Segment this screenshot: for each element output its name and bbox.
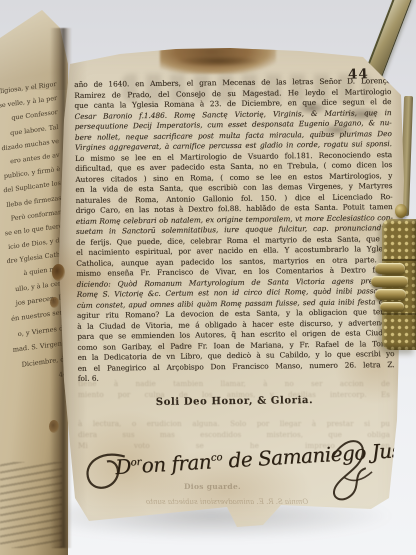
clasp-seam	[382, 313, 416, 315]
book-page: 44 año de 1640. en Ambers, el gran Mecen…	[56, 46, 406, 534]
clasp-seam	[382, 259, 416, 261]
signature-name: on fran	[141, 449, 212, 477]
brass-clasp	[382, 219, 416, 350]
photo-antique-book-page: { "colors":{"paper":"#d8cdb5","ink":"#32…	[0, 0, 416, 555]
main-text-block: año de 1640. en Ambers, el gran Mecenas …	[74, 76, 395, 384]
clasp-knob	[395, 204, 407, 218]
gutter-tear	[50, 297, 59, 308]
gutter-tear	[49, 420, 59, 433]
clasp-finger	[371, 276, 408, 287]
signature-superscript: co	[211, 452, 223, 464]
burn-mark	[160, 40, 276, 74]
gutter-tear	[52, 264, 65, 281]
clasp-finger	[375, 289, 406, 300]
signature-initial: D	[115, 454, 132, 479]
clasp-finger	[380, 302, 404, 311]
clasp-finger	[375, 263, 405, 274]
bleedthrough-line: tiene à nadie tambien llamar, à no ser a…	[78, 378, 390, 389]
